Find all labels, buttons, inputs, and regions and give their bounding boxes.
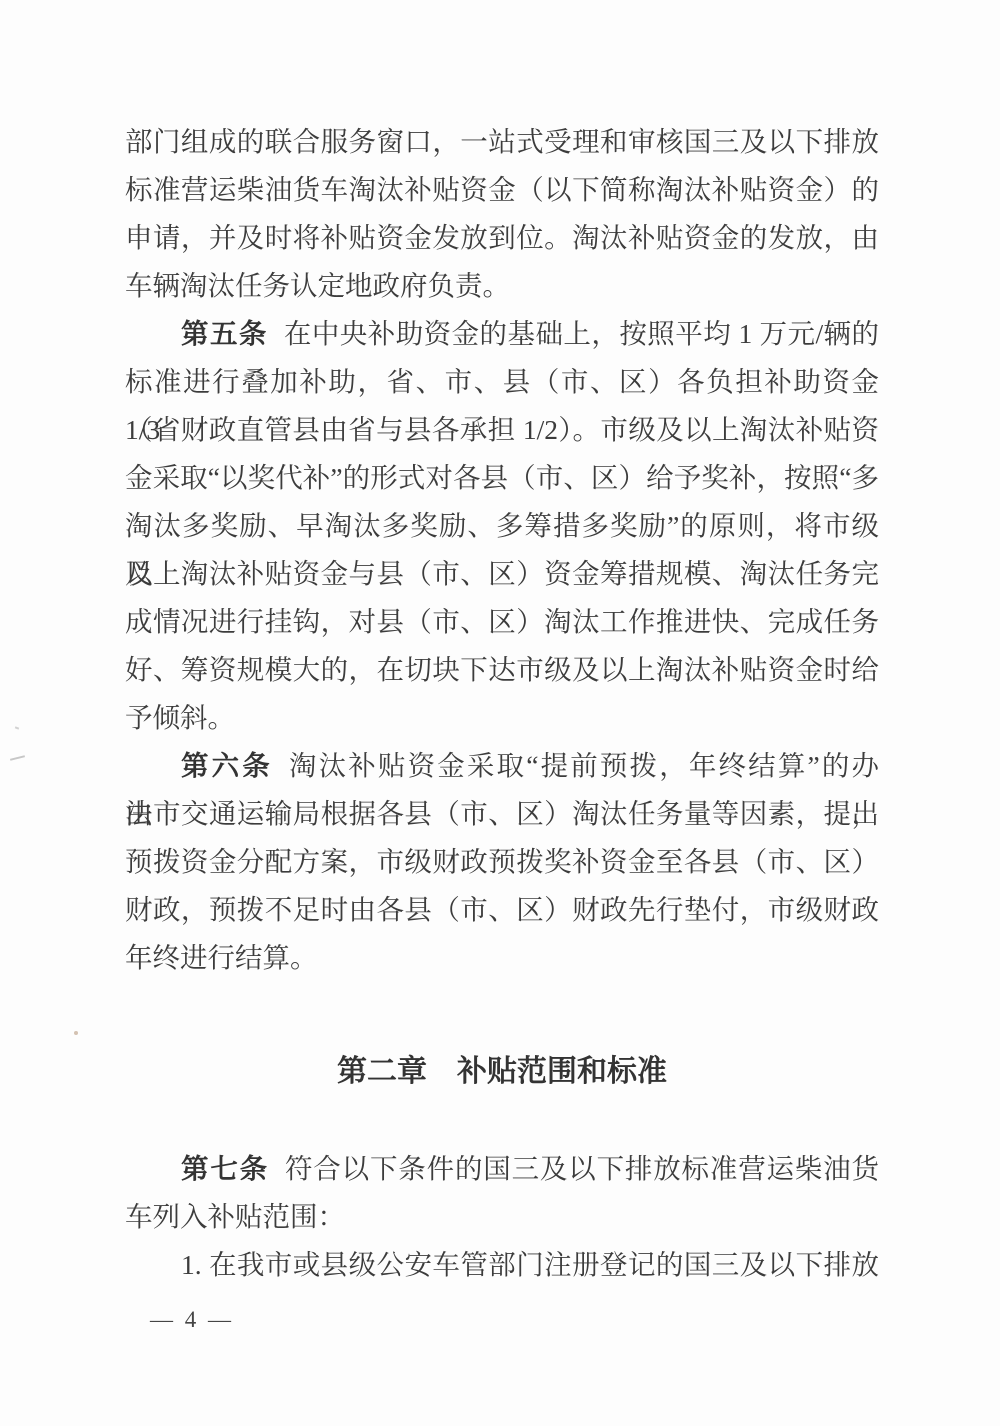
document-page: 部门组成的联合服务窗口，一站式受理和审核国三及以下排放 标准营运柴油货车淘汰补贴… <box>0 0 1000 1426</box>
article-text: 符合以下条件的国三及以下排放标准营运柴油货 <box>285 1153 879 1184</box>
chapter-heading: 第二章 补贴范围和标准 <box>125 1048 879 1096</box>
text-line: 成情况进行挂钩，对县（市、区）淘汰工作推进快、完成任务 <box>125 598 879 646</box>
paragraph-intro-continuation: 部门组成的联合服务窗口，一站式受理和审核国三及以下排放 标准营运柴油货车淘汰补贴… <box>125 118 879 310</box>
paragraph-article-5: 第五条在中央补助资金的基础上，按照平均 1 万元/辆的 标准进行叠加补助，省、市… <box>125 310 879 742</box>
scan-artifact <box>15 726 19 729</box>
article-number-label: 第六条 <box>181 750 273 781</box>
text-line-article-start: 第六条淘汰补贴资金采取“提前预拨，年终结算”的办法， <box>125 742 879 790</box>
article-number-label: 第七条 <box>181 1153 269 1184</box>
text-line: 财政，预拨不足时由各县（市、区）财政先行垫付，市级财政 <box>125 886 879 934</box>
text-line: 以上淘汰补贴资金与县（市、区）资金筹措规模、淘汰任务完 <box>125 550 879 598</box>
text-line-article-start: 第五条在中央补助资金的基础上，按照平均 1 万元/辆的 <box>125 310 879 358</box>
text-line: 标准进行叠加补助，省、市、县（市、区）各负担补助资金 1/3 <box>125 358 879 406</box>
scan-artifact <box>74 1031 78 1035</box>
list-item-1: 1. 在我市或县级公安车管部门注册登记的国三及以下排放 <box>125 1241 879 1289</box>
text-line: 由市交通运输局根据各县（市、区）淘汰任务量等因素，提出 <box>125 790 879 838</box>
text-line: 预拨资金分配方案，市级财政预拨奖补资金至各县（市、区） <box>125 838 879 886</box>
paragraph-article-7: 第七条符合以下条件的国三及以下排放标准营运柴油货 车列入补贴范围： <box>125 1145 879 1241</box>
text-line: 申请，并及时将补贴资金发放到位。淘汰补贴资金的发放，由 <box>125 214 879 262</box>
text-line: 1. 在我市或县级公安车管部门注册登记的国三及以下排放 <box>125 1241 879 1289</box>
article-number-label: 第五条 <box>181 318 268 349</box>
paragraph-article-6: 第六条淘汰补贴资金采取“提前预拨，年终结算”的办法， 由市交通运输局根据各县（市… <box>125 742 879 982</box>
text-line: 部门组成的联合服务窗口，一站式受理和审核国三及以下排放 <box>125 118 879 166</box>
text-line: 年终进行结算。 <box>125 934 879 982</box>
page-number: — 4 — <box>150 1304 234 1336</box>
text-line: 车列入补贴范围： <box>125 1193 879 1241</box>
text-line: 淘汰多奖励、早淘汰多奖励、多筹措多奖励”的原则，将市级及 <box>125 502 879 550</box>
text-line: 标准营运柴油货车淘汰补贴资金（以下简称淘汰补贴资金）的 <box>125 166 879 214</box>
text-line: 予倾斜。 <box>125 694 879 742</box>
text-line-article-start: 第七条符合以下条件的国三及以下排放标准营运柴油货 <box>125 1145 879 1193</box>
text-line: 金采取“以奖代补”的形式对各县（市、区）给予奖补，按照“多 <box>125 454 879 502</box>
article-text: 在中央补助资金的基础上，按照平均 1 万元/辆的 <box>284 318 879 349</box>
text-line: 车辆淘汰任务认定地政府负责。 <box>125 262 879 310</box>
text-line: （省财政直管县由省与县各承担 1/2）。市级及以上淘汰补贴资 <box>125 406 879 454</box>
scan-artifact <box>10 755 25 761</box>
text-line: 好、筹资规模大的，在切块下达市级及以上淘汰补贴资金时给 <box>125 646 879 694</box>
